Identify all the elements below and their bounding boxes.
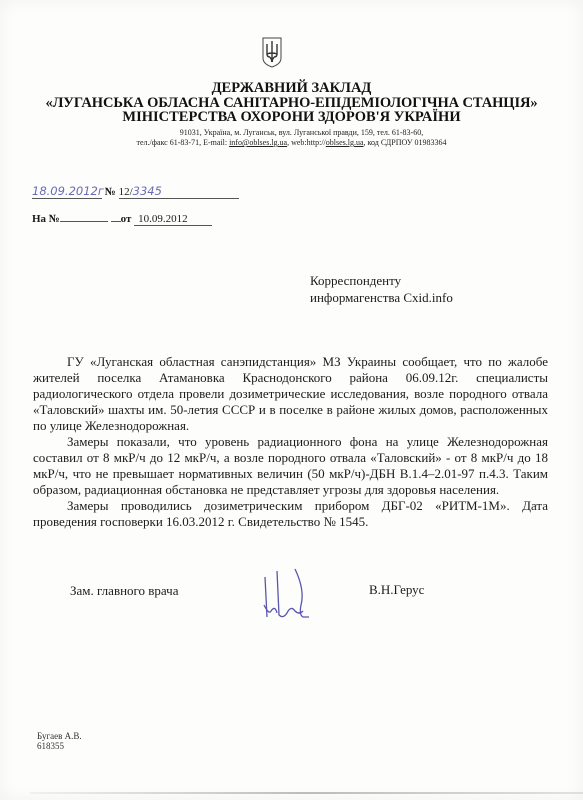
- address-line: 91031, Україна, м. Луганськ, вул. Луганс…: [10, 128, 583, 138]
- letter-body: ГУ «Луганская областная санэпидстанция» …: [33, 354, 548, 530]
- ministry-name: МІНІСТЕРСТВА ОХОРОНИ ЗДОРОВ'Я УКРАЇНИ: [0, 110, 583, 125]
- reference-label: На №: [32, 213, 60, 225]
- signatory-name: В.Н.Герус: [369, 582, 424, 598]
- institution-type: ДЕРЖАВНИЙ ЗАКЛАД: [0, 81, 583, 96]
- signature-icon: [255, 565, 315, 627]
- executor-phone: 618355: [37, 741, 82, 751]
- addressee-block: Корреспонденту информагенства Cxid.info: [310, 272, 453, 306]
- from-label: от: [121, 213, 132, 225]
- addressee-line1: Корреспонденту: [310, 272, 453, 289]
- trident-emblem-icon: [261, 37, 283, 68]
- number-prefix: 12/: [119, 186, 133, 198]
- phone-fax: тел./факс 61-83-71, E-mail:: [137, 138, 230, 147]
- reference-date: 10.09.2012: [134, 213, 212, 226]
- number-label: №: [105, 186, 116, 198]
- registration-date: 18.09.2012г: [32, 184, 102, 199]
- addressee-line2: информагенства Cxid.info: [310, 289, 453, 306]
- number-handwritten: 3345: [133, 184, 162, 198]
- website-link[interactable]: oblses.lg.ua: [326, 138, 364, 147]
- signatory-title: Зам. главного врача: [70, 583, 179, 599]
- scan-edge-divider: [30, 792, 583, 794]
- registration-number: 12/3345: [119, 184, 239, 199]
- contact-line: тел./факс 61-83-71, E-mail: info@oblses.…: [0, 138, 583, 148]
- executor-block: Бугаев А.В. 618355: [37, 731, 82, 751]
- edrpou-code: , код СДРПОУ 01983364: [364, 138, 447, 147]
- outgoing-registration: 18.09.2012г № 12/3345: [32, 184, 239, 199]
- paragraph-measurements: Замеры показали, что уровень радиационно…: [33, 434, 548, 498]
- reference-number-blank: [60, 221, 108, 222]
- paragraph-instrument: Замеры проводились дозиметрическим прибо…: [33, 498, 548, 530]
- incoming-reference: На № от 10.09.2012: [32, 213, 212, 226]
- executor-name: Бугаев А.В.: [37, 731, 82, 741]
- reference-spacer: [111, 221, 121, 222]
- web-prefix: , web:http://: [287, 138, 326, 147]
- paragraph-complaint: ГУ «Луганская областная санэпидстанция» …: [33, 354, 548, 434]
- email-link[interactable]: info@oblses.lg.ua: [229, 138, 287, 147]
